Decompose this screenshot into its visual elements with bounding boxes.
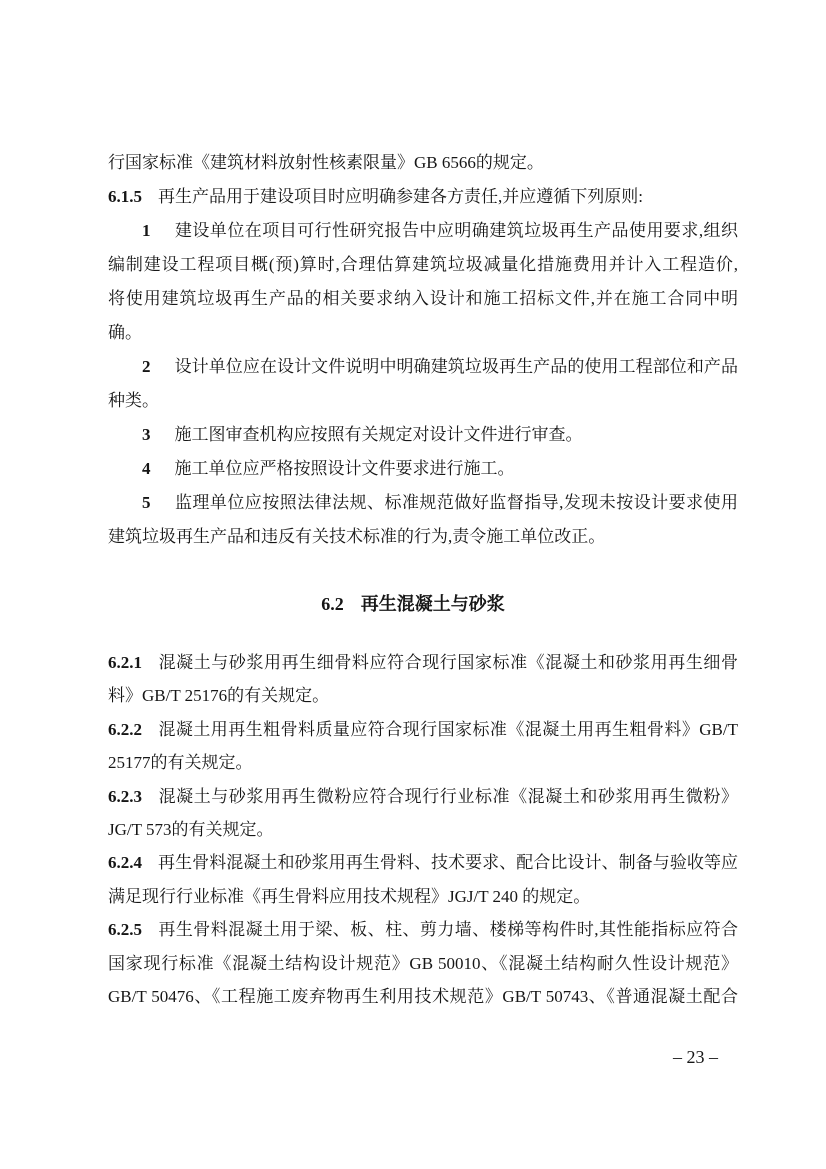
clause-number: 6.2.2	[108, 720, 142, 739]
text-line: 国家现行标准《混凝土结构设计规范》GB 50010、《混凝土结构耐久性设计规范》	[108, 947, 738, 980]
text-line: 25177的有关规定。	[108, 746, 738, 779]
page-number: – 23 –	[108, 1045, 738, 1069]
clause-line: 6.2.4再生骨料混凝土和砂浆用再生骨料、技术要求、配合比设计、制备与验收等应	[108, 846, 738, 879]
text-line: 种类。	[108, 384, 738, 418]
clause-number: 6.2.4	[108, 853, 142, 872]
clause-number: 6.2.5	[108, 920, 142, 939]
item-number: 5	[142, 493, 151, 512]
item-number: 1	[142, 221, 151, 240]
section-6-1-text: 行国家标准《建筑材料放射性核素限量》GB 6566的规定。 6.1.5再生产品用…	[108, 146, 738, 554]
text-line: 建筑垃圾再生产品和违反有关技术标准的行为,责令施工单位改正。	[108, 520, 738, 554]
text-line: 将使用建筑垃圾再生产品的相关要求纳入设计和施工招标文件,并在施工合同中明	[108, 282, 738, 316]
item-number: 4	[142, 459, 151, 478]
clause-number: 6.1.5	[108, 187, 142, 206]
line-text: 将使用建筑垃圾再生产品的相关要求纳入设计和施工招标文件,并在施工合同中明	[108, 289, 738, 308]
line-text: JG/T 573的有关规定。	[108, 820, 273, 839]
section-heading: 6.2再生混凝土与砂浆	[0, 589, 826, 619]
line-text: 行国家标准《建筑材料放射性核素限量》GB 6566的规定。	[108, 153, 544, 172]
line-text: 混凝土用再生粗骨料质量应符合现行国家标准《混凝土用再生粗骨料》GB/T	[158, 720, 738, 739]
list-item-line: 1建设单位在项目可行性研究报告中应明确建筑垃圾再生产品使用要求,组织	[108, 214, 738, 248]
clause-number: 6.2.3	[108, 787, 142, 806]
clause-line: 6.1.5再生产品用于建设项目时应明确参建各方责任,并应遵循下列原则:	[108, 180, 738, 214]
line-text: 建筑垃圾再生产品和违反有关技术标准的行为,责令施工单位改正。	[108, 527, 605, 546]
text-line: 编制建设工程项目概(预)算时,合理估算建筑垃圾减量化措施费用并计入工程造价,	[108, 248, 738, 282]
line-text: 设计单位应在设计文件说明中明确建筑垃圾再生产品的使用工程部位和产品	[175, 357, 739, 376]
line-text: 编制建设工程项目概(预)算时,合理估算建筑垃圾减量化措施费用并计入工程造价,	[108, 255, 738, 274]
line-text: 种类。	[108, 391, 159, 410]
line-text: 国家现行标准《混凝土结构设计规范》GB 50010、《混凝土结构耐久性设计规范》	[108, 954, 738, 973]
line-text: 再生产品用于建设项目时应明确参建各方责任,并应遵循下列原则:	[158, 187, 643, 206]
text-line: 满足现行行业标准《再生骨料应用技术规程》JGJ/T 240 的规定。	[108, 880, 738, 913]
text-line: JG/T 573的有关规定。	[108, 813, 738, 846]
line-text: 混凝土与砂浆用再生细骨料应符合现行国家标准《混凝土和砂浆用再生细骨	[158, 653, 738, 672]
line-text: 确。	[108, 323, 142, 342]
line-text: 建设单位在项目可行性研究报告中应明确建筑垃圾再生产品使用要求,组织	[175, 221, 739, 240]
line-text: 料》GB/T 25176的有关规定。	[108, 686, 329, 705]
document-page: 行国家标准《建筑材料放射性核素限量》GB 6566的规定。 6.1.5再生产品用…	[0, 0, 826, 1169]
section-heading-number: 6.2	[321, 594, 344, 614]
line-text: 混凝土与砂浆用再生微粉应符合现行行业标准《混凝土和砂浆用再生微粉》	[158, 787, 738, 806]
item-number: 3	[142, 425, 151, 444]
section-6-2-text: 6.2.1混凝土与砂浆用再生细骨料应符合现行国家标准《混凝土和砂浆用再生细骨 料…	[108, 646, 738, 1013]
line-text: 监理单位应按照法律法规、标准规范做好监督指导,发现未按设计要求使用	[175, 493, 739, 512]
line-text: 25177的有关规定。	[108, 753, 253, 772]
clause-line: 6.2.3混凝土与砂浆用再生微粉应符合现行行业标准《混凝土和砂浆用再生微粉》	[108, 780, 738, 813]
clause-line: 6.2.1混凝土与砂浆用再生细骨料应符合现行国家标准《混凝土和砂浆用再生细骨	[108, 646, 738, 679]
line-text: 再生骨料混凝土用于梁、板、柱、剪力墙、楼梯等构件时,其性能指标应符合	[158, 920, 738, 939]
clause-line: 6.2.2混凝土用再生粗骨料质量应符合现行国家标准《混凝土用再生粗骨料》GB/T	[108, 713, 738, 746]
clause-number: 6.2.1	[108, 653, 142, 672]
line-text: 施工单位应严格按照设计文件要求进行施工。	[175, 459, 515, 478]
text-line: GB/T 50476、《工程施工废弃物再生利用技术规范》GB/T 50743、《…	[108, 980, 738, 1013]
text-line: 料》GB/T 25176的有关规定。	[108, 679, 738, 712]
list-item-line: 3施工图审查机构应按照有关规定对设计文件进行审查。	[108, 418, 738, 452]
list-item-line: 5监理单位应按照法律法规、标准规范做好监督指导,发现未按设计要求使用	[108, 486, 738, 520]
section-heading-title: 再生混凝土与砂浆	[361, 594, 505, 614]
line-text: 再生骨料混凝土和砂浆用再生骨料、技术要求、配合比设计、制备与验收等应	[158, 853, 738, 872]
list-item-line: 2设计单位应在设计文件说明中明确建筑垃圾再生产品的使用工程部位和产品	[108, 350, 738, 384]
item-number: 2	[142, 357, 151, 376]
line-text: 施工图审查机构应按照有关规定对设计文件进行审查。	[175, 425, 583, 444]
text-line: 行国家标准《建筑材料放射性核素限量》GB 6566的规定。	[108, 146, 738, 180]
list-item-line: 4施工单位应严格按照设计文件要求进行施工。	[108, 452, 738, 486]
line-text: 满足现行行业标准《再生骨料应用技术规程》JGJ/T 240 的规定。	[108, 887, 590, 906]
text-line: 确。	[108, 316, 738, 350]
line-text: GB/T 50476、《工程施工废弃物再生利用技术规范》GB/T 50743、《…	[108, 987, 738, 1006]
clause-line: 6.2.5再生骨料混凝土用于梁、板、柱、剪力墙、楼梯等构件时,其性能指标应符合	[108, 913, 738, 946]
